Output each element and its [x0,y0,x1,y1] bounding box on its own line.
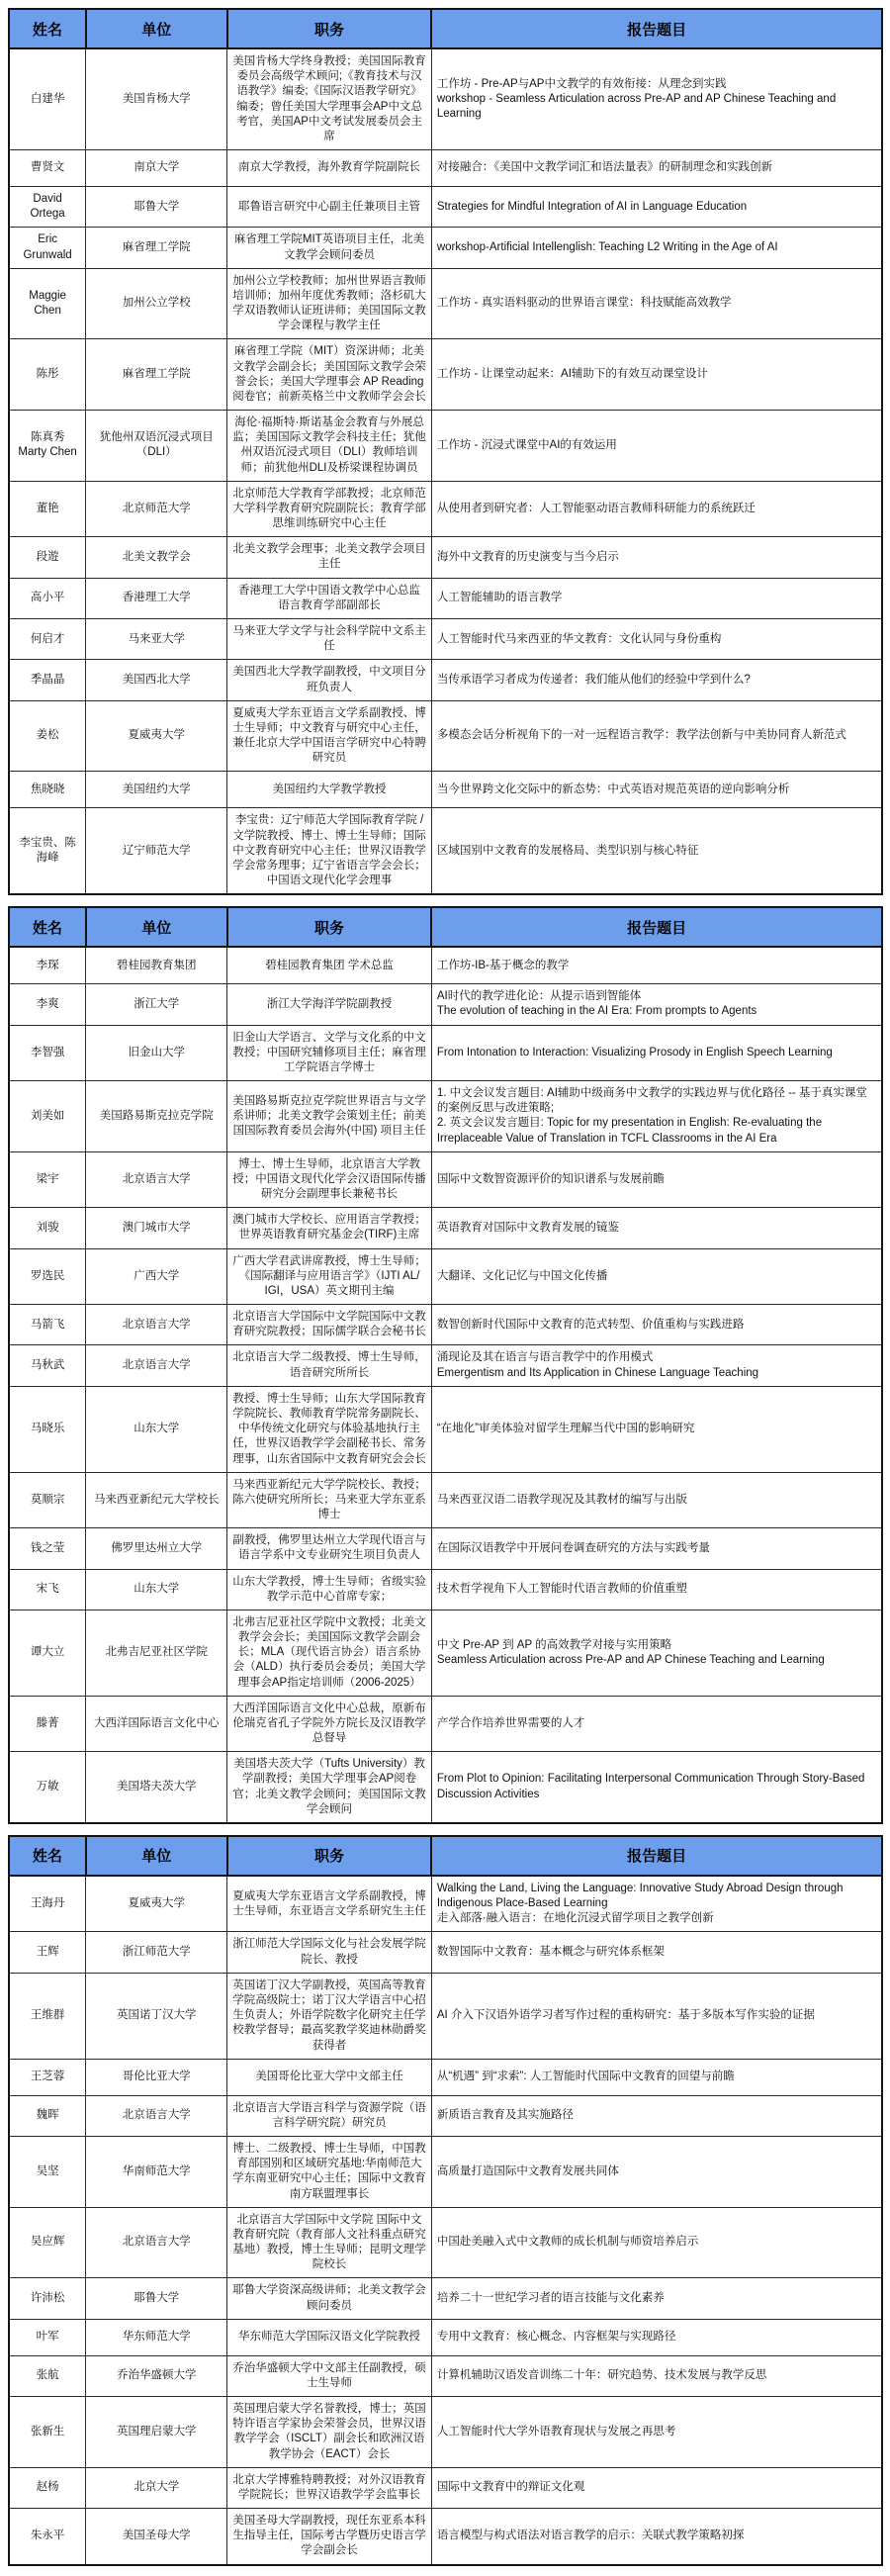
table-row: 李智强旧金山大学旧金山大学语言、文学与文化系的中文教授；中国研究辅修项目主任；麻… [9,1025,882,1081]
table-row: 李爽浙江大学浙江大学海洋学院副教授AI时代的教学进化论：从提示语到智能体 The… [9,984,882,1025]
table-row: 张新生英国理启蒙大学英国理启蒙大学名誉教授，博士；英国特许语言学家协会荣誉会员，… [9,2397,882,2468]
position-cell: 马来亚大学文学与社会科学院中文系主任 [227,618,432,659]
name-cell: 王维群 [9,1973,86,2059]
table-row: 刘美如美国路易斯克拉克学院美国路易斯克拉克学院世界语言与文学系讲师；北美文教学会… [9,1081,882,1152]
topic-cell: 语言模型与构式语法对语言教学的启示：关联式教学策略初探 [431,2509,882,2565]
name-cell: 叶军 [9,2319,86,2355]
topic-cell: 培养二十一世纪学习者的语言技能与文化素养 [431,2278,882,2319]
topic-cell: 中文 Pre-AP 到 AP 的高效教学对接与实用策略 Seamless Art… [431,1610,882,1696]
position-cell: 北京大学博雅特聘教授；对外汉语教育学院院长；世界汉语教学学会监事长 [227,2467,432,2508]
table-row: 莫顺宗马来西亚新纪元大学校长马来西亚新纪元大学学院校长、教授；陈六使研究所所长；… [9,1472,882,1528]
topic-cell: workshop-Artificial Intellenglish: Teach… [431,228,882,268]
topic-cell: 计算机辅助汉语发音训练二十年：研究趋势、技术发展与教学反思 [431,2355,882,2396]
topic-cell: 当今世界跨文化交际中的新态势：中式英语对规范英语的逆向影响分析 [431,772,882,808]
position-cell: 澳门城市大学校长、应用语言学教授；世界英语教育研究基金会(TIRF)主席 [227,1208,432,1248]
column-header-name: 姓名 [9,9,86,48]
organization-cell: 香港理工大学 [86,578,227,618]
organization-cell: 澳门城市大学 [86,1208,227,1248]
organization-cell: 美国西北大学 [86,660,227,700]
organization-cell: 耶鲁大学 [86,187,227,228]
table-row: 何启才马来亚大学马来亚大学文学与社会科学院中文系主任人工智能时代马来西亚的华文教… [9,618,882,659]
table-row: David Ortega耶鲁大学耶鲁语言研究中心副主任兼项目主管Strategi… [9,187,882,228]
table-row: 王海丹夏威夷大学夏威夷大学东亚语言文学系副教授，博士生导师，东亚语言文学系研究生… [9,1876,882,1932]
topic-cell: 数智创新时代国际中文教育的范式转型、价值重构与实践进路 [431,1305,882,1345]
position-cell: 广西大学君武讲席教授，博士生导师；《国际翻译与应用语言学》（IJTI AL/ I… [227,1248,432,1305]
table-row: 谭大立北弗吉尼亚社区学院北弗吉尼亚社区学院中文教授；北美文教学会会长；美国国际文… [9,1610,882,1696]
topic-cell: 英语教育对国际中文教育发展的镜鉴 [431,1208,882,1248]
position-cell: 博士、博士生导师，北京语言大学教授；中国语文现代化学会汉语国际传播研究分会副理事… [227,1151,432,1208]
position-cell: 乔治华盛顿大学中文部主任副教授，硕士生导师 [227,2355,432,2396]
table-row: 吴应辉北京语言大学北京语言大学国际中文学院 国际中文教育研究院（教育部人文社科重… [9,2207,882,2278]
topic-cell: 涌现论及其在语言与语言教学中的作用模式 Emergentism and Its … [431,1345,882,1386]
column-header-topic: 报告题目 [431,1836,882,1876]
speaker-roster-page: 姓名 单位 职务 报告题目 白建华美国肯杨大学美国肯杨大学终身教授；美国国际教育… [0,0,890,2576]
name-cell: Eric Grunwald [9,228,86,268]
table-row: 朱永平美国圣母大学美国圣母大学副教授，现任东亚系本科生指导主任，国际考古学暨历史… [9,2509,882,2565]
organization-cell: 英国理启蒙大学 [86,2397,227,2468]
organization-cell: 美国圣母大学 [86,2509,227,2565]
organization-cell: 南京大学 [86,150,227,187]
name-cell: 钱之莹 [9,1528,86,1569]
position-cell: 南京大学教授，海外教育学院副院长 [227,150,432,187]
name-cell: 张航 [9,2355,86,2396]
organization-cell: 耶鲁大学 [86,2278,227,2319]
name-cell: 宋飞 [9,1569,86,1610]
position-cell: 北京语言大学国际中文学院 国际中文教育研究院（教育部人文社科重点研究基地）教授，… [227,2207,432,2278]
name-cell: 王海丹 [9,1876,86,1932]
table-row: 万敏美国塔夫茨大学美国塔夫茨大学（Tufts University）教学副教授；… [9,1752,882,1823]
name-cell: 万敏 [9,1752,86,1823]
organization-cell: 浙江师范大学 [86,1932,227,1973]
table-row: 马秋武北京语言大学北京语言大学二级教授、博士生导师，语音研究所所长涌现论及其在语… [9,1345,882,1386]
table-row: 罗选民广西大学广西大学君武讲席教授，博士生导师；《国际翻译与应用语言学》（IJT… [9,1248,882,1305]
header-row: 姓名 单位 职务 报告题目 [9,1836,882,1876]
organization-cell: 碧桂园教育集团 [86,947,227,984]
name-cell: 赵杨 [9,2467,86,2508]
topic-cell: AI时代的教学进化论：从提示语到智能体 The evolution of tea… [431,984,882,1025]
table-row: 焦晓晓美国纽约大学美国纽约大学教学教授当今世界跨文化交际中的新态势：中式英语对规… [9,772,882,808]
table-row: 吴坚华南师范大学博士、二级教授、博士生导师，中国教育部国别和区域研究基地:华南师… [9,2137,882,2208]
position-cell: 北京语言大学语言科学与资源学院（语言科学研究院）研究员 [227,2095,432,2136]
position-cell: 大西洋国际语言文化中心总裁，原新布伦瑞克省孔子学院外方院长及汉语教学总督导 [227,1696,432,1752]
position-cell: 北京语言大学二级教授、博士生导师，语音研究所所长 [227,1345,432,1386]
table-row: 宋飞山东大学山东大学教授，博士生导师；省级实验教学示范中心首席专家；技术哲学视角… [9,1569,882,1610]
position-cell: 海伦·福斯特·斯诺基金会教育与外展总监；美国国际文教学会科技主任；犹他州双语沉浸… [227,411,432,482]
organization-cell: 北京语言大学 [86,1151,227,1208]
position-cell: 美国哥伦比亚大学中文部主任 [227,2059,432,2095]
organization-cell: 广西大学 [86,1248,227,1305]
speaker-table-1: 姓名 单位 职务 报告题目 白建华美国肯杨大学美国肯杨大学终身教授；美国国际教育… [8,8,883,895]
name-cell: 吴坚 [9,2137,86,2208]
table-row: 马晓乐山东大学教授、博士生导师；山东大学国际教育学院院长、教师教育学院常务副院长… [9,1386,882,1472]
organization-cell: 华南师范大学 [86,2137,227,2208]
topic-cell: Strategies for Mindful Integration of AI… [431,187,882,228]
topic-cell: 工作坊 - 真实语料驱动的世界语言课堂：科技赋能高效教学 [431,268,882,339]
column-header-name: 姓名 [9,1836,86,1876]
topic-cell: 工作坊 - 让课堂动起来：AI辅助下的有效互动课堂设计 [431,339,882,411]
column-header-organization: 单位 [86,1836,227,1876]
name-cell: 朱永平 [9,2509,86,2565]
table-row: 陈真秀 Marty Chen犹他州双语沉浸式项目（DLI）海伦·福斯特·斯诺基金… [9,411,882,482]
topic-cell: 大翻译、文化记忆与中国文化传播 [431,1248,882,1305]
table-2-header: 姓名 单位 职务 报告题目 [9,907,882,947]
topic-cell: 人工智能辅助的语言教学 [431,578,882,618]
name-cell: 董艳 [9,481,86,537]
table-row: 魏晖北京语言大学北京语言大学语言科学与资源学院（语言科学研究院）研究员新质语言教… [9,2095,882,2136]
organization-cell: 佛罗里达州立大学 [86,1528,227,1569]
position-cell: 华东师范大学国际汉语文化学院教授 [227,2319,432,2355]
organization-cell: 北弗吉尼亚社区学院 [86,1610,227,1696]
organization-cell: 北京语言大学 [86,1305,227,1345]
name-cell: David Ortega [9,187,86,228]
topic-cell: 对接融合：《美国中文教学词汇和语法量表》的研制理念和实践创新 [431,150,882,187]
table-row: 赵杨北京大学北京大学博雅特聘教授；对外汉语教育学院院长；世界汉语教学学会监事长国… [9,2467,882,2508]
position-cell: 旧金山大学语言、文学与文化系的中文教授；中国研究辅修项目主任；麻省理工学院语言学… [227,1025,432,1081]
position-cell: 碧桂园教育集团 学术总监 [227,947,432,984]
table-row: 李宝贵、陈海峰辽宁师范大学李宝贵：辽宁师范大学国际教育学院 / 文学院教授、博士… [9,808,882,894]
topic-cell: “在地化”审美体验对留学生理解当代中国的影响研究 [431,1386,882,1472]
topic-cell: 新质语言教育及其实施路径 [431,2095,882,2136]
column-header-position: 职务 [227,907,432,947]
name-cell: 陈彤 [9,339,86,411]
organization-cell: 北美文教学会 [86,537,227,578]
position-cell: 美国西北大学教学副教授，中文项目分班负责人 [227,660,432,700]
position-cell: 英国理启蒙大学名誉教授，博士；英国特许语言学家协会荣誉会员，世界汉语教学学会（I… [227,2397,432,2468]
topic-cell: 从使用者到研究者：人工智能驱动语言教师科研能力的系统跃迁 [431,481,882,537]
name-cell: 王芝蓉 [9,2059,86,2095]
speaker-table-3: 姓名 单位 职务 报告题目 王海丹夏威夷大学夏威夷大学东亚语言文学系副教授，博士… [8,1835,883,2566]
organization-cell: 北京师范大学 [86,481,227,537]
organization-cell: 乔治华盛顿大学 [86,2355,227,2396]
name-cell: 罗选民 [9,1248,86,1305]
position-cell: 耶鲁大学资深高级讲师；北美文教学会顾问委员 [227,2278,432,2319]
position-cell: 英国诺丁汉大学副教授，英国高等教育学院高级院士；诺丁汉大学语言中心招生负责人；外… [227,1973,432,2059]
topic-cell: 多模态会话分析视角下的一对一远程语言教学：教学法创新与中美协同育人新范式 [431,700,882,772]
organization-cell: 夏威夷大学 [86,1876,227,1932]
name-cell: 白建华 [9,48,86,150]
table-1-header: 姓名 单位 职务 报告题目 [9,9,882,48]
column-header-name: 姓名 [9,907,86,947]
topic-cell: 人工智能时代马来西亚的华文教育：文化认同与身份重构 [431,618,882,659]
name-cell: 李宝贵、陈海峰 [9,808,86,894]
organization-cell: 马来西亚新纪元大学校长 [86,1472,227,1528]
organization-cell: 北京大学 [86,2467,227,2508]
name-cell: 张新生 [9,2397,86,2468]
topic-cell: 海外中文教育的历史演变与当今启示 [431,537,882,578]
position-cell: 马来西亚新纪元大学学院校长、教授；陈六使研究所所长；马来亚大学东亚系博士 [227,1472,432,1528]
table-row: 姜松夏威夷大学夏威夷大学东亚语言文学系副教授、博士生导师；中文教育与研究中心主任… [9,700,882,772]
table-row: Maggie Chen加州公立学校加州公立学校教师；加州世界语言教师培训师；加州… [9,268,882,339]
topic-cell: 高质量打造国际中文教育发展共同体 [431,2137,882,2208]
position-cell: 李宝贵：辽宁师范大学国际教育学院 / 文学院教授、博士、博士生导师；国际中文教育… [227,808,432,894]
table-row: 刘骏澳门城市大学澳门城市大学校长、应用语言学教授；世界英语教育研究基金会(TIR… [9,1208,882,1248]
topic-cell: 马来西亚汉语二语教学现况及其教材的编写与出版 [431,1472,882,1528]
name-cell: 马秋武 [9,1345,86,1386]
table-row: 滕菁大西洋国际语言文化中心大西洋国际语言文化中心总裁，原新布伦瑞克省孔子学院外方… [9,1696,882,1752]
position-cell: 美国圣母大学副教授，现任东亚系本科生指导主任，国际考古学暨历史语言学学会副会长 [227,2509,432,2565]
column-header-topic: 报告题目 [431,907,882,947]
column-header-topic: 报告题目 [431,9,882,48]
name-cell: 李琛 [9,947,86,984]
organization-cell: 麻省理工学院 [86,339,227,411]
position-cell: 耶鲁语言研究中心副主任兼项目主管 [227,187,432,228]
header-row: 姓名 单位 职务 报告题目 [9,907,882,947]
name-cell: 段遊 [9,537,86,578]
topic-cell: From Intonation to Interaction: Visualiz… [431,1025,882,1081]
organization-cell: 美国路易斯克拉克学院 [86,1081,227,1152]
name-cell: 李智强 [9,1025,86,1081]
position-cell: 北京师范大学教育学部教授；北京师范大学科学教育研究院副院长；教育学部思维训练研究… [227,481,432,537]
table-row: 董艳北京师范大学北京师范大学教育学部教授；北京师范大学科学教育研究院副院长；教育… [9,481,882,537]
position-cell: 美国塔夫茨大学（Tufts University）教学副教授；美国大学理事会AP… [227,1752,432,1823]
topic-cell: 数智国际中文教育：基本概念与研究体系框架 [431,1932,882,1973]
organization-cell: 辽宁师范大学 [86,808,227,894]
table-row: 白建华美国肯杨大学美国肯杨大学终身教授；美国国际教育委员会高级学术顾问;《教育技… [9,48,882,150]
table-row: 曹贤文南京大学南京大学教授，海外教育学院副院长对接融合：《美国中文教学词汇和语法… [9,150,882,187]
table-row: 高小平香港理工大学香港理工大学中国语文教学中心总监 语言教育学部副部长人工智能辅… [9,578,882,618]
position-cell: 浙江大学海洋学院副教授 [227,984,432,1025]
organization-cell: 英国诺丁汉大学 [86,1973,227,2059]
column-header-position: 职务 [227,1836,432,1876]
position-cell: 香港理工大学中国语文教学中心总监 语言教育学部副部长 [227,578,432,618]
name-cell: 魏晖 [9,2095,86,2136]
position-cell: 美国路易斯克拉克学院世界语言与文学系讲师；北美文教学会策划主任；前美国国际教育委… [227,1081,432,1152]
topic-cell: AI 介入下汉语外语学习者写作过程的重构研究：基于多版本写作实验的证据 [431,1973,882,2059]
table-row: 许沛松耶鲁大学耶鲁大学资深高级讲师；北美文教学会顾问委员培养二十一世纪学习者的语… [9,2278,882,2319]
position-cell: 浙江师范大学国际文化与社会发展学院院长、教授 [227,1932,432,1973]
column-header-organization: 单位 [86,9,227,48]
name-cell: 马箭飞 [9,1305,86,1345]
table-row: 叶军华东师范大学华东师范大学国际汉语文化学院教授专用中文教育：核心概念、内容框架… [9,2319,882,2355]
position-cell: 博士、二级教授、博士生导师，中国教育部国别和区域研究基地:华南师范大学东南亚研究… [227,2137,432,2208]
topic-cell: 从“机遇” 到“求索”: 人工智能时代国际中文教育的回望与前瞻 [431,2059,882,2095]
name-cell: 季晶晶 [9,660,86,700]
table-row: 陈彤麻省理工学院麻省理工学院（MIT）资深讲师；北美文教学会副会长；美国国际文教… [9,339,882,411]
position-cell: 北京语言大学国际中文学院国际中文教育研究院教授；国际儒学联合会秘书长 [227,1305,432,1345]
topic-cell: From Plot to Opinion: Facilitating Inter… [431,1752,882,1823]
name-cell: 曹贤文 [9,150,86,187]
name-cell: 许沛松 [9,2278,86,2319]
name-cell: 吴应辉 [9,2207,86,2278]
table-row: Eric Grunwald麻省理工学院麻省理工学院MIT英语项目主任，北美文教学… [9,228,882,268]
name-cell: 马晓乐 [9,1386,86,1472]
position-cell: 加州公立学校教师；加州世界语言教师培训师；加州年度优秀教师；洛杉矶大学双语教师认… [227,268,432,339]
table-3-body: 王海丹夏威夷大学夏威夷大学东亚语言文学系副教授，博士生导师，东亚语言文学系研究生… [9,1876,882,2565]
topic-cell: 工作坊 - 沉浸式课堂中AI的有效运用 [431,411,882,482]
organization-cell: 华东师范大学 [86,2319,227,2355]
name-cell: 莫顺宗 [9,1472,86,1528]
organization-cell: 夏威夷大学 [86,700,227,772]
name-cell: 陈真秀 Marty Chen [9,411,86,482]
organization-cell: 麻省理工学院 [86,228,227,268]
organization-cell: 美国肯杨大学 [86,48,227,150]
table-3-header: 姓名 单位 职务 报告题目 [9,1836,882,1876]
organization-cell: 山东大学 [86,1569,227,1610]
table-row: 王辉浙江师范大学浙江师范大学国际文化与社会发展学院院长、教授数智国际中文教育：基… [9,1932,882,1973]
table-row: 王维群英国诺丁汉大学英国诺丁汉大学副教授，英国高等教育学院高级院士；诺丁汉大学语… [9,1973,882,2059]
name-cell: 焦晓晓 [9,772,86,808]
topic-cell: 在国际汉语教学中开展问卷调查研究的方法与实践考量 [431,1528,882,1569]
topic-cell: 当传承语学习者成为传递者：我们能从他们的经验中学到什么? [431,660,882,700]
organization-cell: 美国纽约大学 [86,772,227,808]
name-cell: 梁宇 [9,1151,86,1208]
position-cell: 夏威夷大学东亚语言文学系副教授，博士生导师，东亚语言文学系研究生主任 [227,1876,432,1932]
table-row: 王芝蓉哥伦比亚大学美国哥伦比亚大学中文部主任从“机遇” 到“求索”: 人工智能时… [9,2059,882,2095]
table-row: 钱之莹佛罗里达州立大学副教授，佛罗里达州立大学现代语言与语言学系中文专业研究生项… [9,1528,882,1569]
name-cell: 何启才 [9,618,86,659]
organization-cell: 浙江大学 [86,984,227,1025]
name-cell: Maggie Chen [9,268,86,339]
topic-cell: 工作坊-IB-基于概念的教学 [431,947,882,984]
table-row: 段遊北美文教学会北美文教学会理事；北美文教学会项目主任海外中文教育的历史演变与当… [9,537,882,578]
column-header-organization: 单位 [86,907,227,947]
position-cell: 北美文教学会理事；北美文教学会项目主任 [227,537,432,578]
topic-cell: 产学合作培养世界需要的人才 [431,1696,882,1752]
name-cell: 谭大立 [9,1610,86,1696]
table-row: 季晶晶美国西北大学美国西北大学教学副教授，中文项目分班负责人当传承语学习者成为传… [9,660,882,700]
table-row: 李琛碧桂园教育集团碧桂园教育集团 学术总监工作坊-IB-基于概念的教学 [9,947,882,984]
topic-cell: 国际中文数智资源评价的知识谱系与发展前瞻 [431,1151,882,1208]
topic-cell: 人工智能时代大学外语教育现状与发展之再思考 [431,2397,882,2468]
header-row: 姓名 单位 职务 报告题目 [9,9,882,48]
position-cell: 美国纽约大学教学教授 [227,772,432,808]
topic-cell: 专用中文教育：核心概念、内容框架与实现路径 [431,2319,882,2355]
table-row: 马箭飞北京语言大学北京语言大学国际中文学院国际中文教育研究院教授；国际儒学联合会… [9,1305,882,1345]
name-cell: 王辉 [9,1932,86,1973]
organization-cell: 犹他州双语沉浸式项目（DLI） [86,411,227,482]
organization-cell: 山东大学 [86,1386,227,1472]
topic-cell: 技术哲学视角下人工智能时代语言教师的价值重塑 [431,1569,882,1610]
topic-cell: 中国赴美融入式中文教师的成长机制与师资培养启示 [431,2207,882,2278]
topic-cell: 国际中文教育中的辩证文化观 [431,2467,882,2508]
organization-cell: 加州公立学校 [86,268,227,339]
name-cell: 滕菁 [9,1696,86,1752]
organization-cell: 北京语言大学 [86,1345,227,1386]
topic-cell: 工作坊 - Pre-AP与AP中文教学的有效衔接：从理念到实践 workshop… [431,48,882,150]
table-2-body: 李琛碧桂园教育集团碧桂园教育集团 学术总监工作坊-IB-基于概念的教学李爽浙江大… [9,947,882,1823]
organization-cell: 旧金山大学 [86,1025,227,1081]
position-cell: 教授、博士生导师；山东大学国际教育学院院长、教师教育学院常务副院长、中华传统文化… [227,1386,432,1472]
position-cell: 山东大学教授，博士生导师；省级实验教学示范中心首席专家； [227,1569,432,1610]
position-cell: 副教授，佛罗里达州立大学现代语言与语言学系中文专业研究生项目负责人 [227,1528,432,1569]
position-cell: 麻省理工学院（MIT）资深讲师；北美文教学会副会长；美国国际文教学会荣誉会长；美… [227,339,432,411]
position-cell: 美国肯杨大学终身教授；美国国际教育委员会高级学术顾问;《教育技术与汉语教学》编委… [227,48,432,150]
position-cell: 麻省理工学院MIT英语项目主任，北美文教学会顾问委员 [227,228,432,268]
name-cell: 姜松 [9,700,86,772]
name-cell: 高小平 [9,578,86,618]
speaker-table-2: 姓名 单位 职务 报告题目 李琛碧桂园教育集团碧桂园教育集团 学术总监工作坊-I… [8,906,883,1824]
organization-cell: 北京语言大学 [86,2207,227,2278]
organization-cell: 大西洋国际语言文化中心 [86,1696,227,1752]
table-row: 张航乔治华盛顿大学乔治华盛顿大学中文部主任副教授，硕士生导师计算机辅助汉语发音训… [9,2355,882,2396]
organization-cell: 美国塔夫茨大学 [86,1752,227,1823]
name-cell: 刘美如 [9,1081,86,1152]
position-cell: 北弗吉尼亚社区学院中文教授；北美文教学会会长；美国国际文教学会副会长；MLA（现… [227,1610,432,1696]
topic-cell: 1. 中文会议发言题目: AI辅助中级商务中文教学的实践边界与优化路径 -- 基… [431,1081,882,1152]
organization-cell: 马来亚大学 [86,618,227,659]
topic-cell: 区域国别中文教育的发展格局、类型识别与核心特征 [431,808,882,894]
position-cell: 夏威夷大学东亚语言文学系副教授、博士生导师；中文教育与研究中心主任，兼任北京大学… [227,700,432,772]
table-1-body: 白建华美国肯杨大学美国肯杨大学终身教授；美国国际教育委员会高级学术顾问;《教育技… [9,48,882,894]
name-cell: 李爽 [9,984,86,1025]
table-row: 梁宇北京语言大学博士、博士生导师，北京语言大学教授；中国语文现代化学会汉语国际传… [9,1151,882,1208]
organization-cell: 哥伦比亚大学 [86,2059,227,2095]
column-header-position: 职务 [227,9,432,48]
topic-cell: Walking the Land, Living the Language: I… [431,1876,882,1932]
name-cell: 刘骏 [9,1208,86,1248]
organization-cell: 北京语言大学 [86,2095,227,2136]
